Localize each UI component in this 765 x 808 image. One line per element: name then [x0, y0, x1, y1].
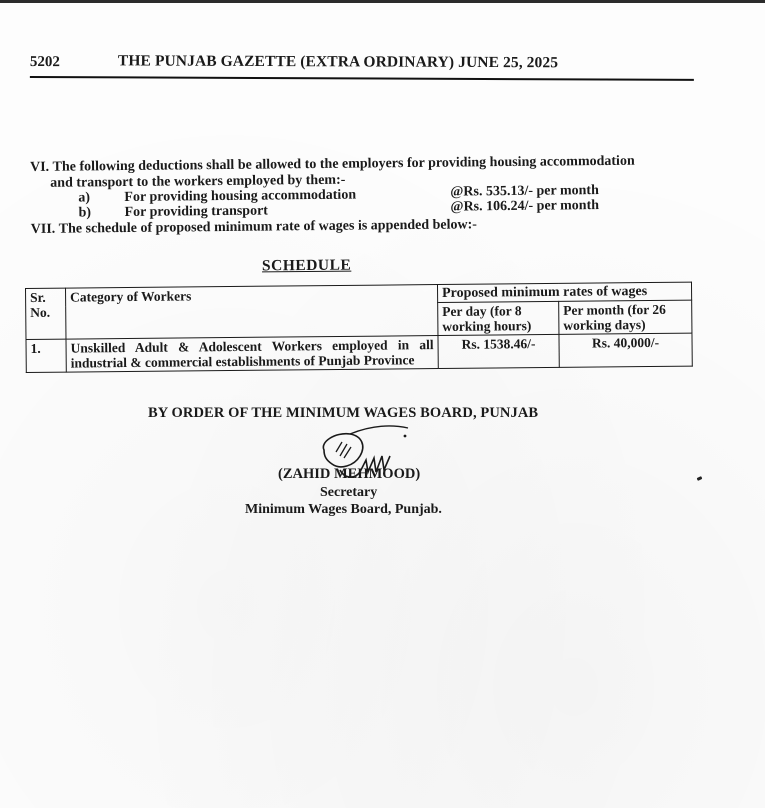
section-vii: VII. The schedule of proposed minimum ra… — [31, 217, 477, 238]
section-vii-text: The schedule of proposed minimum rate of… — [59, 217, 477, 236]
cell-per-month: Rs. 40,000/- — [559, 333, 692, 367]
gazette-title: THE PUNJAB GAZETTE (EXTRA ORDINARY) JUNE… — [118, 52, 558, 72]
wage-schedule-table: Sr. No. Category of Workers Proposed min… — [25, 282, 693, 373]
header-per-month: Per month (for 26 working days) — [559, 300, 692, 334]
section-vi-numeral: VI. — [30, 160, 49, 175]
page-header: 5202 THE PUNJAB GAZETTE (EXTRA ORDINARY)… — [30, 50, 694, 53]
header-sr-no: Sr. No. — [26, 288, 66, 339]
section-vii-numeral: VII. — [31, 222, 56, 237]
scan-top-edge — [0, 0, 765, 3]
signatory-organization: Minimum Wages Board, Punjab. — [245, 502, 442, 518]
schedule-title: SCHEDULE — [262, 257, 351, 276]
stray-ink-mark — [697, 476, 703, 481]
signatory-name: (ZAHID MEHMOOD) — [278, 466, 420, 483]
cell-category: Unskilled Adult & Adolescent Workers emp… — [66, 336, 438, 373]
page-number: 5202 — [30, 54, 60, 71]
section-vi-text: The following deductions shall be allowe… — [53, 154, 635, 175]
item-text: For providing transport — [124, 204, 268, 222]
cell-per-day: Rs. 1538.46/- — [438, 334, 559, 368]
header-category: Category of Workers — [66, 285, 438, 340]
header-per-day: Per day (for 8 working hours) — [438, 301, 559, 335]
gazette-page: 5202 THE PUNJAB GAZETTE (EXTRA ORDINARY)… — [0, 0, 765, 808]
cell-sr-no: 1. — [26, 339, 66, 372]
item-amount: @Rs. 106.24/- per month — [450, 198, 599, 216]
deductions-section: VI. The following deductions shall be al… — [30, 153, 710, 160]
header-rule — [30, 76, 694, 81]
table-row: 1. Unskilled Adult & Adolescent Workers … — [26, 333, 692, 372]
signatory-designation: Secretary — [320, 485, 377, 501]
item-letter: b) — [78, 205, 91, 221]
item-letter: a) — [78, 190, 90, 206]
